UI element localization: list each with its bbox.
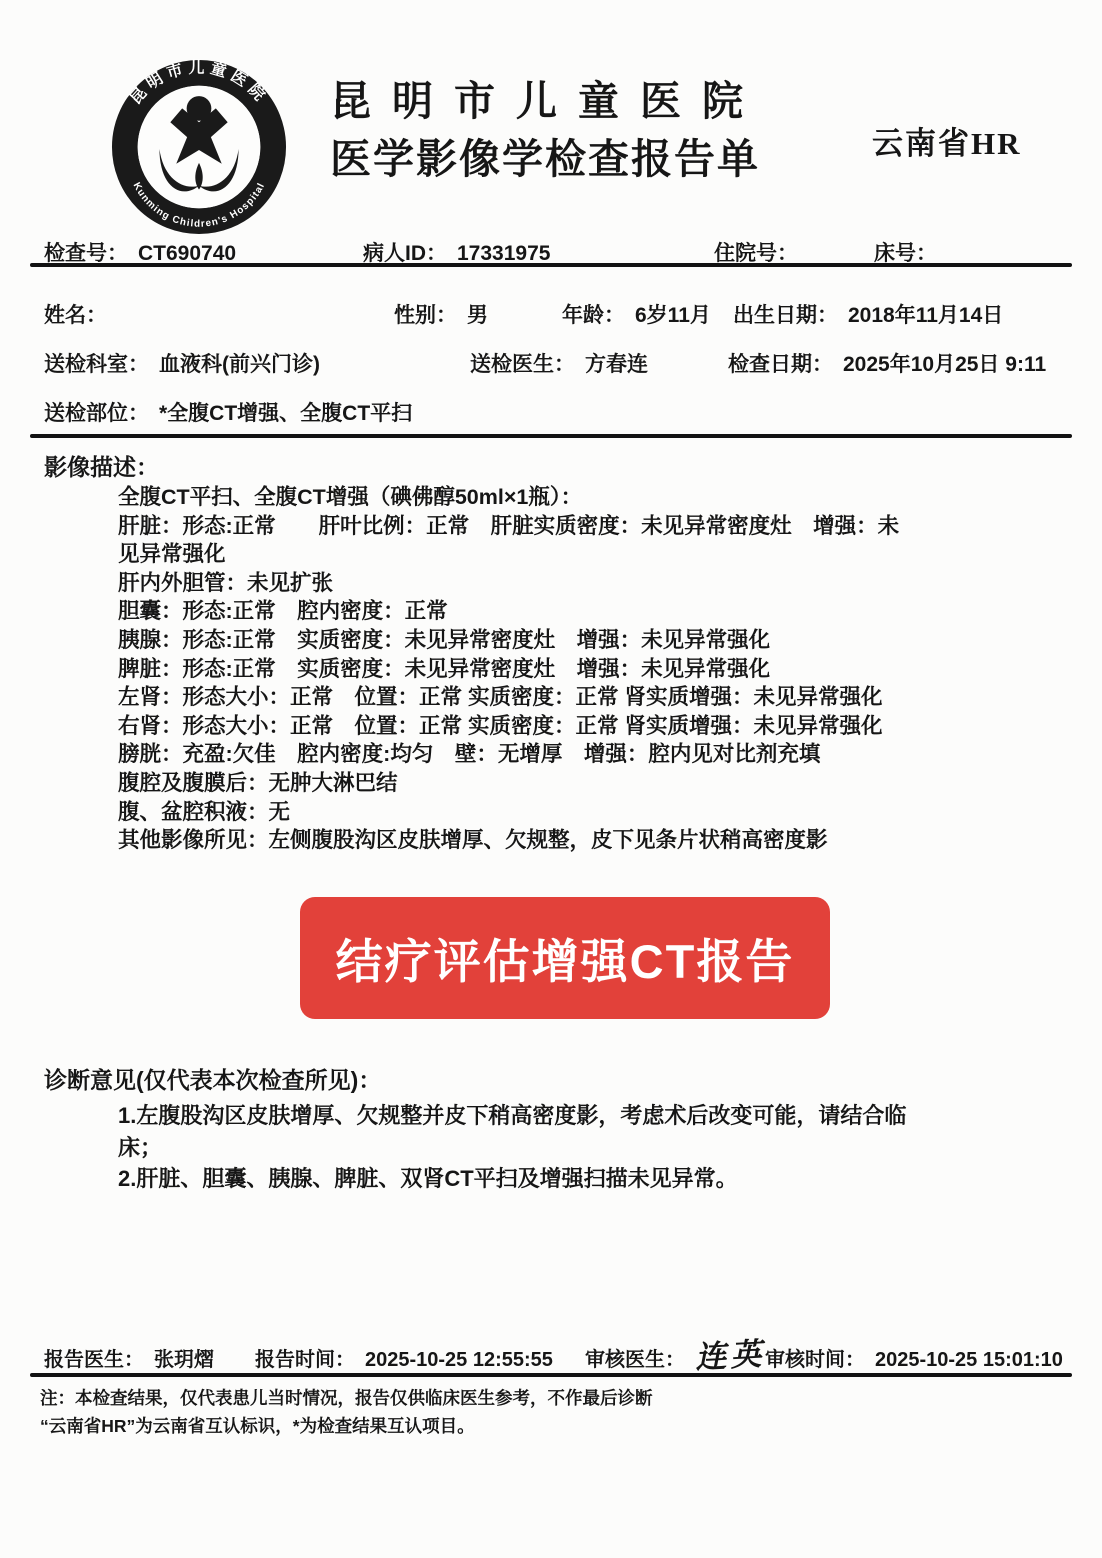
meta-row-referral: 送检科室：血液科(前兴门诊) 送检医生：方春连 检查日期：2025年10月25日… xyxy=(0,348,1102,378)
findings-line: 其他影像所见：左侧腹股沟区皮肤增厚、欠规整，皮下见条片状稍高密度影 xyxy=(118,826,899,855)
findings-line: 右肾：形态大小：正常 位置：正常 实质密度：正常 肾实质增强：未见异常强化 xyxy=(118,712,899,741)
divider-top xyxy=(30,263,1072,267)
review-time-label: 审核时间： xyxy=(765,1349,865,1371)
findings-line: 胆囊：形态:正常 腔内密度：正常 xyxy=(118,597,899,626)
divider-footer xyxy=(30,1373,1072,1377)
referral-dept-value: 血液科(前兴门诊) xyxy=(159,353,320,376)
referral-doctor-value: 方春连 xyxy=(585,353,648,376)
report-title: 医学影像学检查报告单 xyxy=(330,126,760,185)
findings-line: 脾脏：形态:正常 实质密度：未见异常密度灶 增强：未见异常强化 xyxy=(118,655,899,684)
findings-line: 肝内外胆管：未见扩张 xyxy=(118,569,899,598)
birth-date-value: 2018年11月14日 xyxy=(848,304,1003,327)
reviewer-signature: 连英 xyxy=(694,1328,766,1377)
exam-date-field: 检查日期：2025年10月25日 9:11 xyxy=(728,348,1046,378)
exam-date-label: 检查日期： xyxy=(728,353,833,376)
birth-date-field: 出生日期：2018年11月14日 xyxy=(733,299,1003,329)
inpatient-no-label: 住院号： xyxy=(714,242,798,265)
referral-dept-label: 送检科室： xyxy=(44,353,149,376)
gender-label: 性别： xyxy=(394,304,457,327)
findings-line: 左肾：形态大小：正常 位置：正常 实质密度：正常 肾实质增强：未见异常强化 xyxy=(118,683,899,712)
diagnosis-line: 2.肝脏、胆囊、胰腺、脾脏、双肾CT平扫及增强扫描未见异常。 xyxy=(118,1163,906,1195)
hospital-logo: 昆明市儿童医院 Kunming Children's Hospital xyxy=(110,58,288,236)
findings-line: 肝脏：形态:正常 肝叶比例：正常 肝脏实质密度：未见异常密度灶 增强：未 xyxy=(118,512,899,541)
age-value: 6岁11月 xyxy=(635,304,711,327)
assessment-stamp: 结疗评估增强CT报告 xyxy=(300,897,830,1019)
diagnosis-line: 1.左腹股沟区皮肤增厚、欠规整并皮下稍高密度影，考虑术后改变可能，请结合临 xyxy=(118,1100,906,1132)
report-doctor-label: 报告医生： xyxy=(44,1349,144,1371)
age-label: 年龄： xyxy=(562,304,625,327)
findings-block: 全腹CT平扫、全腹CT增强（碘佛醇50ml×1瓶）： 肝脏：形态:正常 肝叶比例… xyxy=(118,483,899,855)
age-field: 年龄：6岁11月 xyxy=(562,299,711,329)
body-part-field: 送检部位：*全腹CT增强、全腹CT平扫 xyxy=(44,397,412,427)
review-doctor-label: 审核医生： xyxy=(585,1349,685,1371)
hospital-name: 昆明市儿童医院 xyxy=(330,68,764,127)
report-time-label: 报告时间： xyxy=(255,1349,355,1371)
findings-line: 膀胱：充盈:欠佳 腔内密度:均匀 壁：无增厚 增强：腔内见对比剂充填 xyxy=(118,740,899,769)
exam-date-value: 2025年10月25日 9:11 xyxy=(843,353,1046,376)
referral-dept-field: 送检科室：血液科(前兴门诊) xyxy=(44,348,320,378)
findings-section-title: 影像描述： xyxy=(44,449,159,482)
diagnosis-line: 床； xyxy=(118,1132,906,1164)
region-mutual-recognition-label: 云南省HR xyxy=(872,118,1022,163)
body-part-value: *全腹CT增强、全腹CT平扫 xyxy=(159,402,412,425)
report-doctor-field: 报告医生：张玥熠 xyxy=(44,1343,214,1372)
name-label: 姓名： xyxy=(44,304,107,327)
footnote-line: “云南省HR”为云南省互认标识，*为检查结果互认项目。 xyxy=(40,1412,653,1440)
report-doctor-value: 张玥熠 xyxy=(154,1349,214,1371)
patient-id-label: 病人ID： xyxy=(363,242,447,265)
meta-row-patient: 姓名： 性别：男 年龄：6岁11月 出生日期：2018年11月14日 xyxy=(0,299,1102,329)
referral-doctor-label: 送检医生： xyxy=(470,353,575,376)
findings-line: 全腹CT平扫、全腹CT增强（碘佛醇50ml×1瓶）： xyxy=(118,483,899,512)
footer-row: 报告医生：张玥熠 报告时间：2025-10-25 12:55:55 审核医生： … xyxy=(0,1343,1102,1375)
gender-field: 性别：男 xyxy=(394,299,488,329)
report-time-value: 2025-10-25 12:55:55 xyxy=(365,1349,553,1371)
findings-line: 见异常强化 xyxy=(118,540,899,569)
review-time-field: 审核时间：2025-10-25 15:01:10 xyxy=(765,1343,1063,1372)
patient-id-value: 17331975 xyxy=(457,242,550,265)
birth-date-label: 出生日期： xyxy=(733,304,838,327)
diagnosis-section-title: 诊断意见(仅代表本次检查所见)： xyxy=(44,1062,381,1095)
exam-no-label: 检查号： xyxy=(44,242,128,265)
footnote-line: 注：本检查结果，仅代表患儿当时情况，报告仅供临床医生参考，不作最后诊断 xyxy=(40,1384,653,1412)
name-field: 姓名： xyxy=(44,299,107,329)
review-doctor-field: 审核医生： xyxy=(585,1343,685,1372)
body-part-label: 送检部位： xyxy=(44,402,149,425)
findings-line: 腹、盆腔积液：无 xyxy=(118,798,899,827)
diagnosis-block: 1.左腹股沟区皮肤增厚、欠规整并皮下稍高密度影，考虑术后改变可能，请结合临 床；… xyxy=(118,1100,906,1195)
divider-findings xyxy=(30,434,1072,438)
bed-no-label: 床号： xyxy=(874,242,937,265)
referral-doctor-field: 送检医生：方春连 xyxy=(470,348,648,378)
gender-value: 男 xyxy=(467,304,488,327)
footnotes: 注：本检查结果，仅代表患儿当时情况，报告仅供临床医生参考，不作最后诊断 “云南省… xyxy=(40,1384,653,1440)
report-time-field: 报告时间：2025-10-25 12:55:55 xyxy=(255,1343,553,1372)
findings-line: 腹腔及腹膜后：无肿大淋巴结 xyxy=(118,769,899,798)
meta-row-body-part: 送检部位：*全腹CT增强、全腹CT平扫 xyxy=(0,397,1102,427)
review-time-value: 2025-10-25 15:01:10 xyxy=(875,1349,1063,1371)
findings-line: 胰腺：形态:正常 实质密度：未见异常密度灶 增强：未见异常强化 xyxy=(118,626,899,655)
report-page: 昆明市儿童医院 Kunming Children's Hospital 昆明市儿… xyxy=(0,0,1102,1558)
exam-no-value: CT690740 xyxy=(138,242,236,265)
